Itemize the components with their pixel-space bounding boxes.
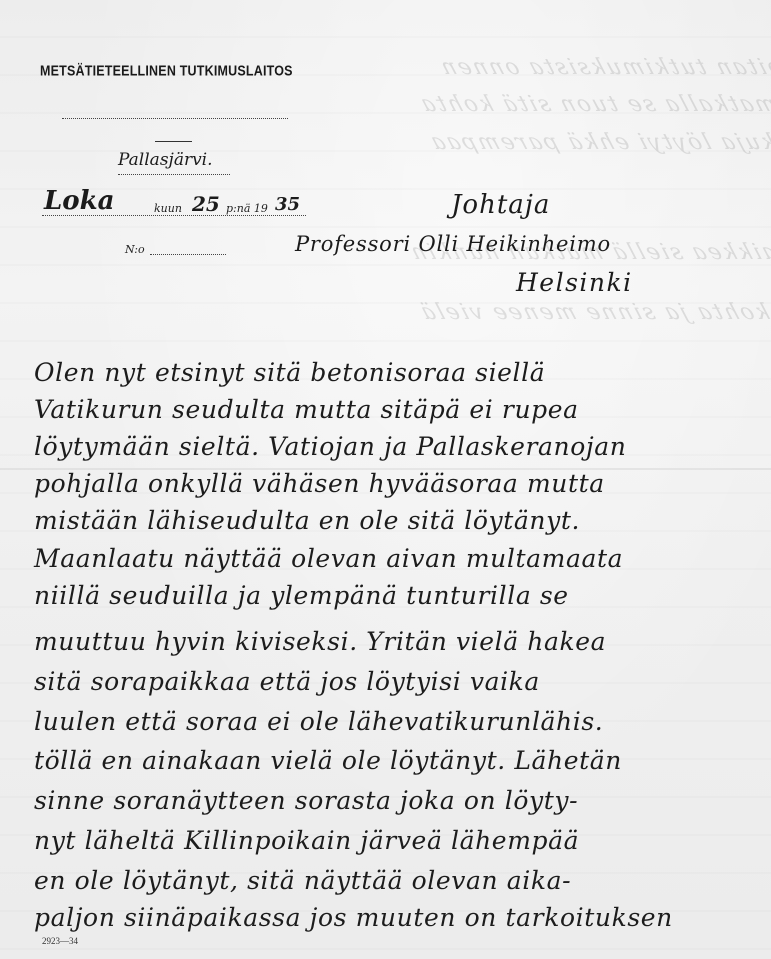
date-year: 35: [275, 194, 300, 215]
date-day: 25: [192, 192, 220, 216]
print-code: 2923—34: [42, 936, 78, 946]
body-line: sitä sorapaikkaa että jos löytyisi vaika: [34, 667, 540, 696]
place-dotted-line: [118, 174, 230, 175]
body-line: muuttuu hyvin kiviseksi. Yritän vielä ha…: [34, 627, 606, 656]
body-line: en ole löytänyt, sitä näyttää olevan aik…: [34, 866, 571, 895]
letterhead: METSÄTIETEELLINEN TUTKIMUSLAITOS: [40, 63, 293, 79]
bleed-through-text: kohta ja sinne menee vielä: [416, 300, 771, 325]
place-name: Pallasjärvi.: [118, 150, 213, 170]
recipient-name: Professori Olli Heikinheimo: [295, 232, 611, 256]
body-line: töllä en ainakaan vielä ole löytänyt. Lä…: [34, 746, 622, 775]
letter-page: Ilmoitan tutkimuksista onnen sillä matka…: [0, 0, 771, 959]
body-line: pohjalla onkyllä vähäsen hyvääsoraa mutt…: [34, 469, 605, 498]
body-line: paljon siinäpaikassa jos muuten on tarko…: [34, 903, 673, 932]
bleed-through-text: hakuja löytyi ehkä parempaa: [426, 130, 771, 155]
date-day-suffix: p:nä 19: [226, 202, 268, 215]
letterhead-dotted-line: [62, 118, 288, 119]
body-line: sinne soranäytteen sorasta joka on löyty…: [34, 786, 578, 815]
recipient-city: Helsinki: [516, 268, 633, 297]
bleed-through-text: sillä matkalla se tuon sitä kohta: [416, 92, 771, 117]
body-line: nyt läheltä Killinpoikain järveä lähempä…: [34, 826, 579, 855]
bleed-through-text: Ilmoitan tutkimuksista onnen: [436, 55, 771, 80]
date-month-suffix: kuun: [154, 202, 182, 215]
number-dotted-line: [150, 254, 226, 255]
letterhead-dash: [155, 141, 192, 142]
body-line: niillä seuduilla ja ylempänä tunturilla …: [34, 581, 569, 610]
body-line: löytymään sieltä. Vatiojan ja Pallaskera…: [34, 432, 626, 461]
date-dotted-line: [42, 215, 306, 216]
number-label: N:o: [125, 243, 145, 256]
body-line: Olen nyt etsinyt sitä betonisoraa siellä: [34, 358, 545, 387]
recipient-title: Johtaja: [451, 190, 550, 220]
date-month: Loka: [44, 186, 114, 216]
body-line: Maanlaatu näyttää olevan aivan multamaat…: [34, 544, 623, 573]
body-line: luulen että soraa ei ole lähevatikurunlä…: [34, 707, 603, 736]
body-line: Vatikurun seudulta mutta sitäpä ei rupea: [34, 395, 579, 424]
body-line: mistään lähiseudulta en ole sitä löytäny…: [34, 506, 580, 535]
